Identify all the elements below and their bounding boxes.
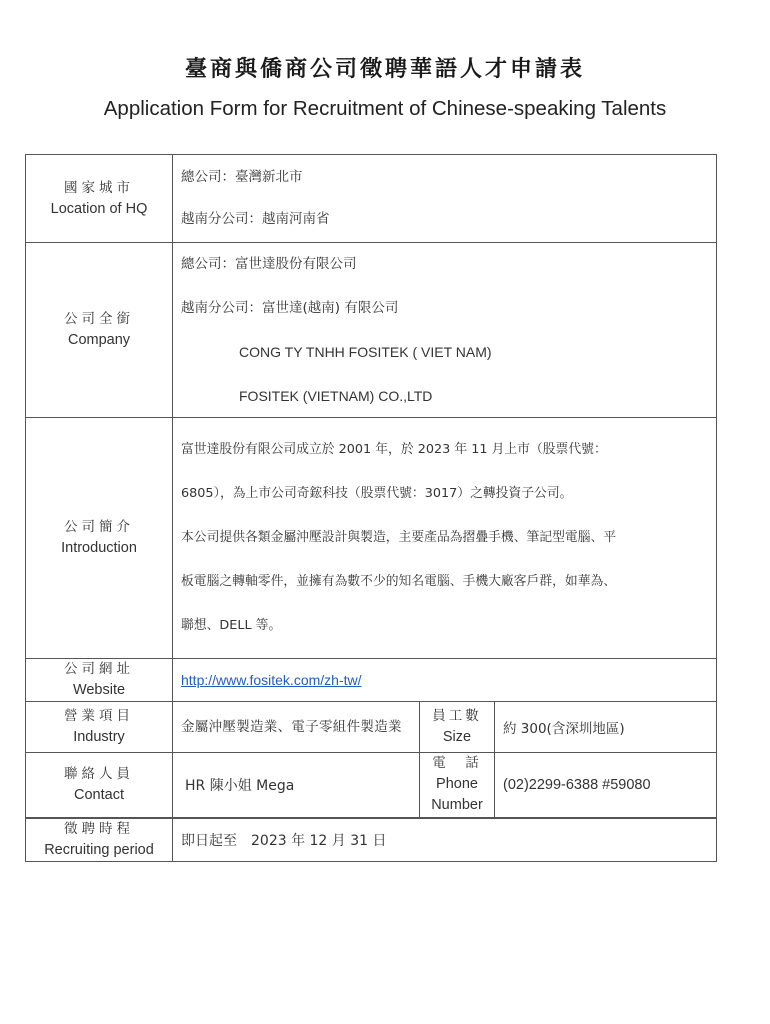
company-value: 總公司：富世達股份有限公司 越南分公司：富世達(越南) 有限公司 CONG TY… bbox=[173, 243, 717, 418]
row-website: 公司網址 Website http://www.fositek.com/zh-t… bbox=[26, 659, 717, 702]
phone-value: (02)2299-6388 #59080 bbox=[495, 753, 717, 818]
industry-label: 營業項目 Industry bbox=[26, 702, 173, 753]
industry-label-zh: 營業項目 bbox=[26, 706, 172, 727]
company-vietnamese-name: CONG TY TNHH FOSITEK ( VIET NAM) bbox=[181, 341, 716, 363]
row-location: 國家城市 Location of HQ 總公司：臺灣新北市 越南分公司：越南河南… bbox=[26, 155, 717, 243]
introduction-line-1: 富世達股份有限公司成立於 2001 年，於 2023 年 11 月上市（股票代號… bbox=[181, 439, 716, 461]
size-label: 員工數 Size bbox=[420, 702, 495, 753]
row-contact: 聯絡人員 Contact HR 陳小姐 Mega 電 話 Phone Numbe… bbox=[26, 753, 717, 818]
introduction-value: 富世達股份有限公司成立於 2001 年，於 2023 年 11 月上市（股票代號… bbox=[173, 418, 717, 659]
introduction-line-4: 板電腦之轉軸零件，並擁有為數不少的知名電腦、手機大廠客戶群，如華為、 bbox=[181, 571, 716, 593]
application-form-table: 國家城市 Location of HQ 總公司：臺灣新北市 越南分公司：越南河南… bbox=[25, 154, 717, 862]
contact-value: HR 陳小姐 Mega bbox=[173, 753, 420, 818]
form-title-chinese: 臺商與僑商公司徵聘華語人才申請表 bbox=[0, 52, 770, 83]
company-label-en: Company bbox=[26, 330, 172, 351]
location-value: 總公司：臺灣新北市 越南分公司：越南河南省 bbox=[173, 155, 717, 243]
introduction-label: 公司簡介 Introduction bbox=[26, 418, 173, 659]
size-value: 約 300(含深圳地區) bbox=[495, 702, 717, 753]
website-value: http://www.fositek.com/zh-tw/ bbox=[173, 659, 717, 702]
row-company: 公司全銜 Company 總公司：富世達股份有限公司 越南分公司：富世達(越南)… bbox=[26, 243, 717, 418]
period-label-en: Recruiting period bbox=[26, 840, 172, 861]
company-label: 公司全銜 Company bbox=[26, 243, 173, 418]
company-label-zh: 公司全銜 bbox=[26, 309, 172, 330]
size-label-en: Size bbox=[420, 727, 494, 748]
location-label: 國家城市 Location of HQ bbox=[26, 155, 173, 243]
phone-label-zh: 電 話 bbox=[420, 753, 494, 774]
row-industry: 營業項目 Industry 金屬沖壓製造業、電子零組件製造業 員工數 Size … bbox=[26, 702, 717, 753]
introduction-line-3: 本公司提供各類金屬沖壓設計與製造，主要產品為摺疊手機、筆記型電腦、平 bbox=[181, 527, 716, 549]
website-label-en: Website bbox=[26, 680, 172, 701]
phone-label-en-2: Number bbox=[420, 795, 494, 816]
row-recruiting-period: 徵聘時程 Recruiting period 即日起至 2023 年 12 月 … bbox=[26, 818, 717, 862]
website-label-zh: 公司網址 bbox=[26, 659, 172, 680]
phone-label-en-1: Phone bbox=[420, 774, 494, 795]
form-title-english: Application Form for Recruitment of Chin… bbox=[0, 97, 770, 121]
introduction-label-en: Introduction bbox=[26, 538, 172, 559]
row-introduction: 公司簡介 Introduction 富世達股份有限公司成立於 2001 年，於 … bbox=[26, 418, 717, 659]
industry-label-en: Industry bbox=[26, 727, 172, 748]
company-branch-name: 越南分公司：富世達(越南) 有限公司 bbox=[181, 297, 716, 319]
size-label-zh: 員工數 bbox=[420, 706, 494, 727]
period-value: 即日起至 2023 年 12 月 31 日 bbox=[173, 818, 717, 862]
location-label-zh: 國家城市 bbox=[26, 178, 172, 199]
period-label: 徵聘時程 Recruiting period bbox=[26, 818, 173, 862]
location-hq: 總公司：臺灣新北市 bbox=[181, 167, 716, 188]
industry-value: 金屬沖壓製造業、電子零組件製造業 bbox=[173, 702, 420, 753]
location-branch: 越南分公司：越南河南省 bbox=[181, 209, 716, 230]
contact-label-zh: 聯絡人員 bbox=[26, 764, 172, 785]
contact-label-en: Contact bbox=[26, 785, 172, 806]
company-hq-name: 總公司：富世達股份有限公司 bbox=[181, 253, 716, 275]
phone-label: 電 話 Phone Number bbox=[420, 753, 495, 818]
introduction-line-5: 聯想、DELL 等。 bbox=[181, 615, 716, 637]
company-english-name: FOSITEK (VIETNAM) CO.,LTD bbox=[181, 385, 716, 407]
introduction-label-zh: 公司簡介 bbox=[26, 517, 172, 538]
website-link[interactable]: http://www.fositek.com/zh-tw/ bbox=[181, 672, 362, 688]
contact-label: 聯絡人員 Contact bbox=[26, 753, 173, 818]
location-label-en: Location of HQ bbox=[26, 199, 172, 220]
period-label-zh: 徵聘時程 bbox=[26, 819, 172, 840]
website-label: 公司網址 Website bbox=[26, 659, 173, 702]
introduction-line-2: 6805），為上市公司奇鋐科技（股票代號：3017）之轉投資子公司。 bbox=[181, 483, 716, 505]
